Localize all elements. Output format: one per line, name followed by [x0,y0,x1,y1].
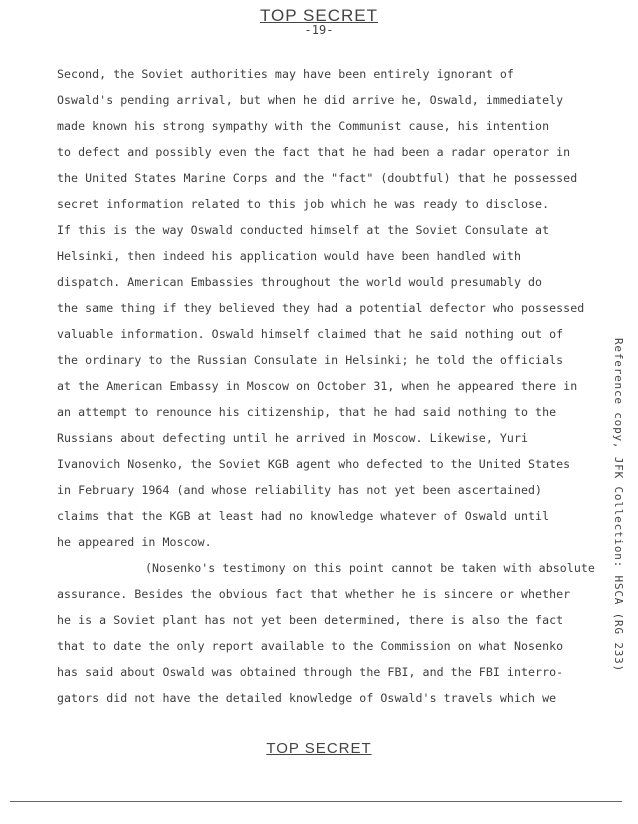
text-line: that to date the only report available t… [57,633,557,659]
text-line: gators did not have the detailed knowled… [57,685,557,711]
text-line: (Nosenko's testimony on this point canno… [57,555,557,581]
text-line: If this is the way Oswald conducted hims… [57,217,557,243]
footer-rule [10,801,622,802]
document-page: TOP SECRET -19- Second, the Soviet autho… [0,0,638,824]
classification-footer-text: TOP SECRET [266,740,371,757]
text-line: valuable information. Oswald himself cla… [57,321,557,347]
text-line: he appeared in Moscow. [57,529,557,555]
text-line: the United States Marine Corps and the "… [57,165,557,191]
text-line: made known his strong sympathy with the … [57,113,557,139]
text-line: Russians about defecting until he arrive… [57,425,557,451]
body-text: Second, the Soviet authorities may have … [57,61,557,711]
text-line: dispatch. American Embassies throughout … [57,269,557,295]
text-line: in February 1964 (and whose reliability … [57,477,557,503]
text-line: Second, the Soviet authorities may have … [57,61,557,87]
text-line: claims that the KGB at least had no know… [57,503,557,529]
text-line: secret information related to this job w… [57,191,557,217]
text-line: the same thing if they believed they had… [57,295,557,321]
text-line: Ivanovich Nosenko, the Soviet KGB agent … [57,451,557,477]
page-number: -19- [0,23,638,37]
text-line: has said about Oswald was obtained throu… [57,659,557,685]
text-line: he is a Soviet plant has not yet been de… [57,607,557,633]
text-line: to defect and possibly even the fact tha… [57,139,557,165]
text-line: the ordinary to the Russian Consulate in… [57,347,557,373]
text-line: Helsinki, then indeed his application wo… [57,243,557,269]
text-line: Oswald's pending arrival, but when he di… [57,87,557,113]
text-line: an attempt to renounce his citizenship, … [57,399,557,425]
text-line: assurance. Besides the obvious fact that… [57,581,557,607]
text-line: at the American Embassy in Moscow on Oct… [57,373,557,399]
classification-footer: TOP SECRET [0,740,638,757]
reference-stamp: Reference copy, JFK Collection: HSCA (RG… [612,338,625,672]
